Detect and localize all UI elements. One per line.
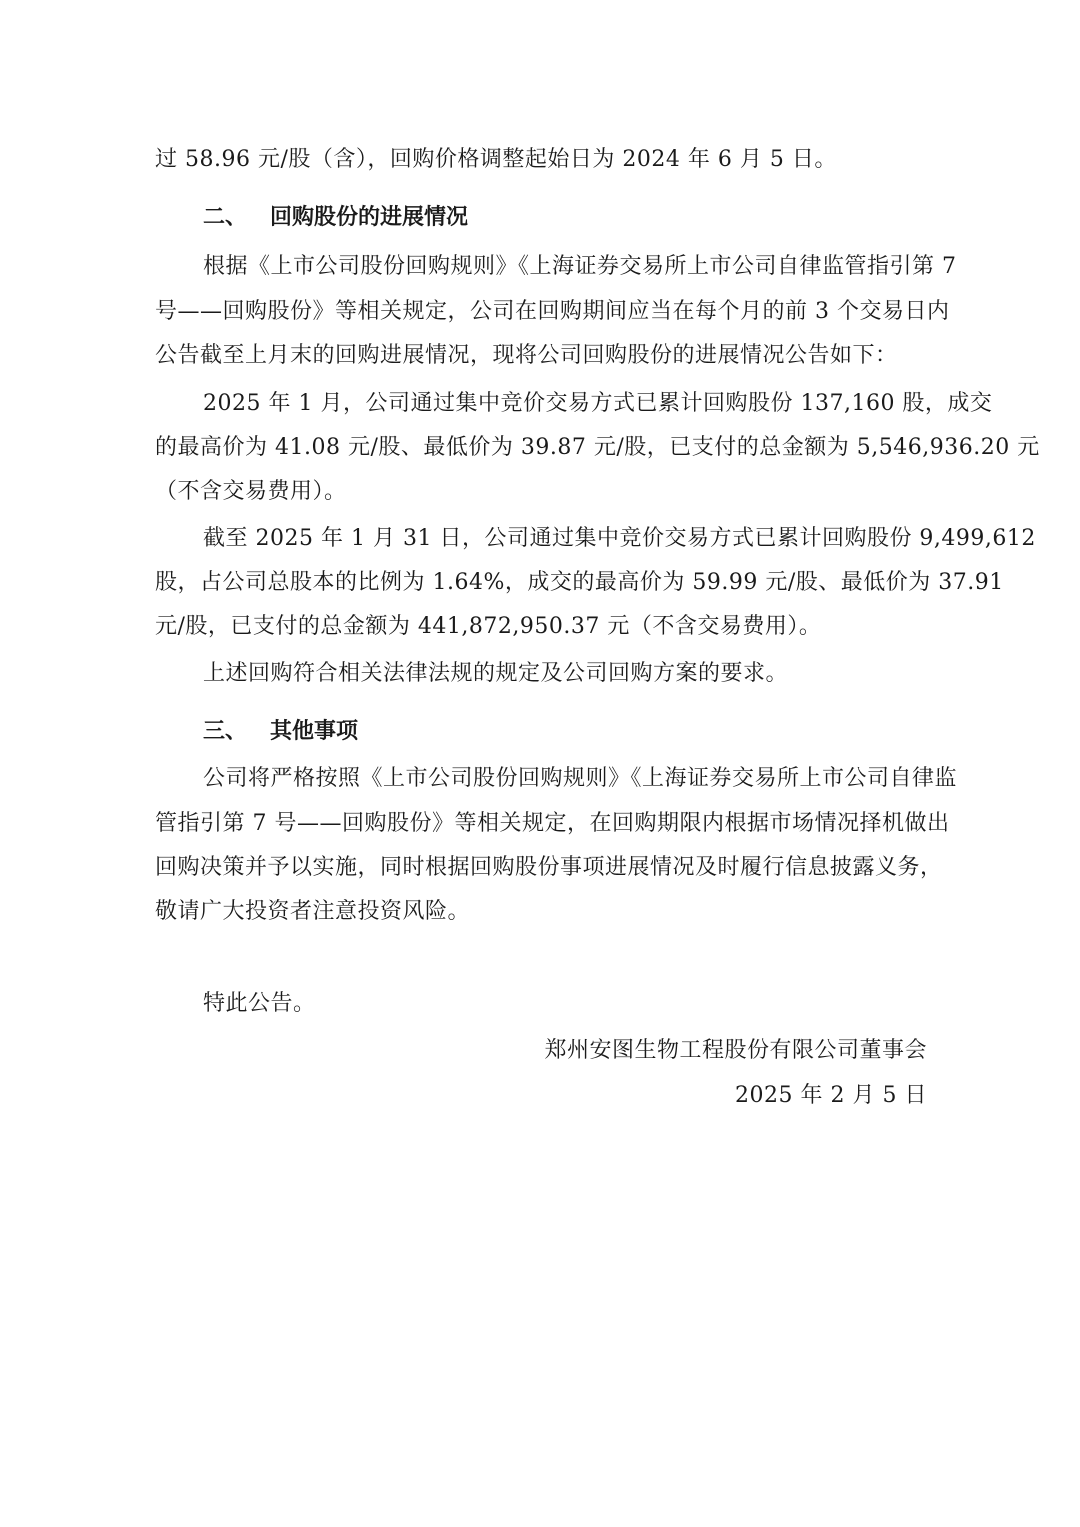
signature: 郑州安图生物工程股份有限公司董事会 <box>155 1036 927 1066</box>
paragraph-line: 根据《上市公司股份回购规则》《上海证券交易所上市公司自律监管指引第 7 <box>203 252 927 282</box>
paragraph-line: 2025 年 1 月，公司通过集中竞价交易方式已累计回购股份 137,160 股… <box>203 389 927 419</box>
paragraph-line: 元/股，已支付的总金额为 441,872,950.37 元（不含交易费用）。 <box>155 612 927 642</box>
paragraph-line: 公司将严格按照《上市公司股份回购规则》《上海证券交易所上市公司自律监 <box>203 764 927 794</box>
paragraph-line: 的最高价为 41.08 元/股、最低价为 39.87 元/股，已支付的总金额为 … <box>155 433 927 463</box>
section-title: 回购股份的进展情况 <box>270 203 468 233</box>
paragraph-line: 上述回购符合相关法律法规的规定及公司回购方案的要求。 <box>203 659 975 689</box>
section-number: 三、 <box>203 717 247 747</box>
document-page: 过 58.96 元/股（含），回购价格调整起始日为 2024 年 6 月 5 日… <box>0 0 1080 1527</box>
paragraph-line: 号——回购股份》等相关规定，公司在回购期间应当在每个月的前 3 个交易日内 <box>155 297 927 327</box>
paragraph-line: 股，占公司总股本的比例为 1.64%，成交的最高价为 59.99 元/股、最低价… <box>155 568 927 598</box>
intro-tail-text: 过 58.96 元/股（含），回购价格调整起始日为 2024 年 6 月 5 日… <box>155 145 927 175</box>
section-title: 其他事项 <box>270 717 358 747</box>
signature-date: 2025 年 2 月 5 日 <box>155 1081 927 1111</box>
paragraph-line: 回购决策并予以实施，同时根据回购股份事项进展情况及时履行信息披露义务， <box>155 853 927 883</box>
closing-text: 特此公告。 <box>203 989 975 1019</box>
section-number: 二、 <box>203 203 247 233</box>
paragraph-line: 公告截至上月末的回购进展情况，现将公司回购股份的进展情况公告如下： <box>155 341 927 371</box>
paragraph-line: 管指引第 7 号——回购股份》等相关规定，在回购期限内根据市场情况择机做出 <box>155 809 927 839</box>
paragraph-line: 截至 2025 年 1 月 31 日，公司通过集中竞价交易方式已累计回购股份 9… <box>203 524 927 554</box>
paragraph-line: 敬请广大投资者注意投资风险。 <box>155 897 927 927</box>
paragraph-line: （不含交易费用）。 <box>155 477 927 507</box>
